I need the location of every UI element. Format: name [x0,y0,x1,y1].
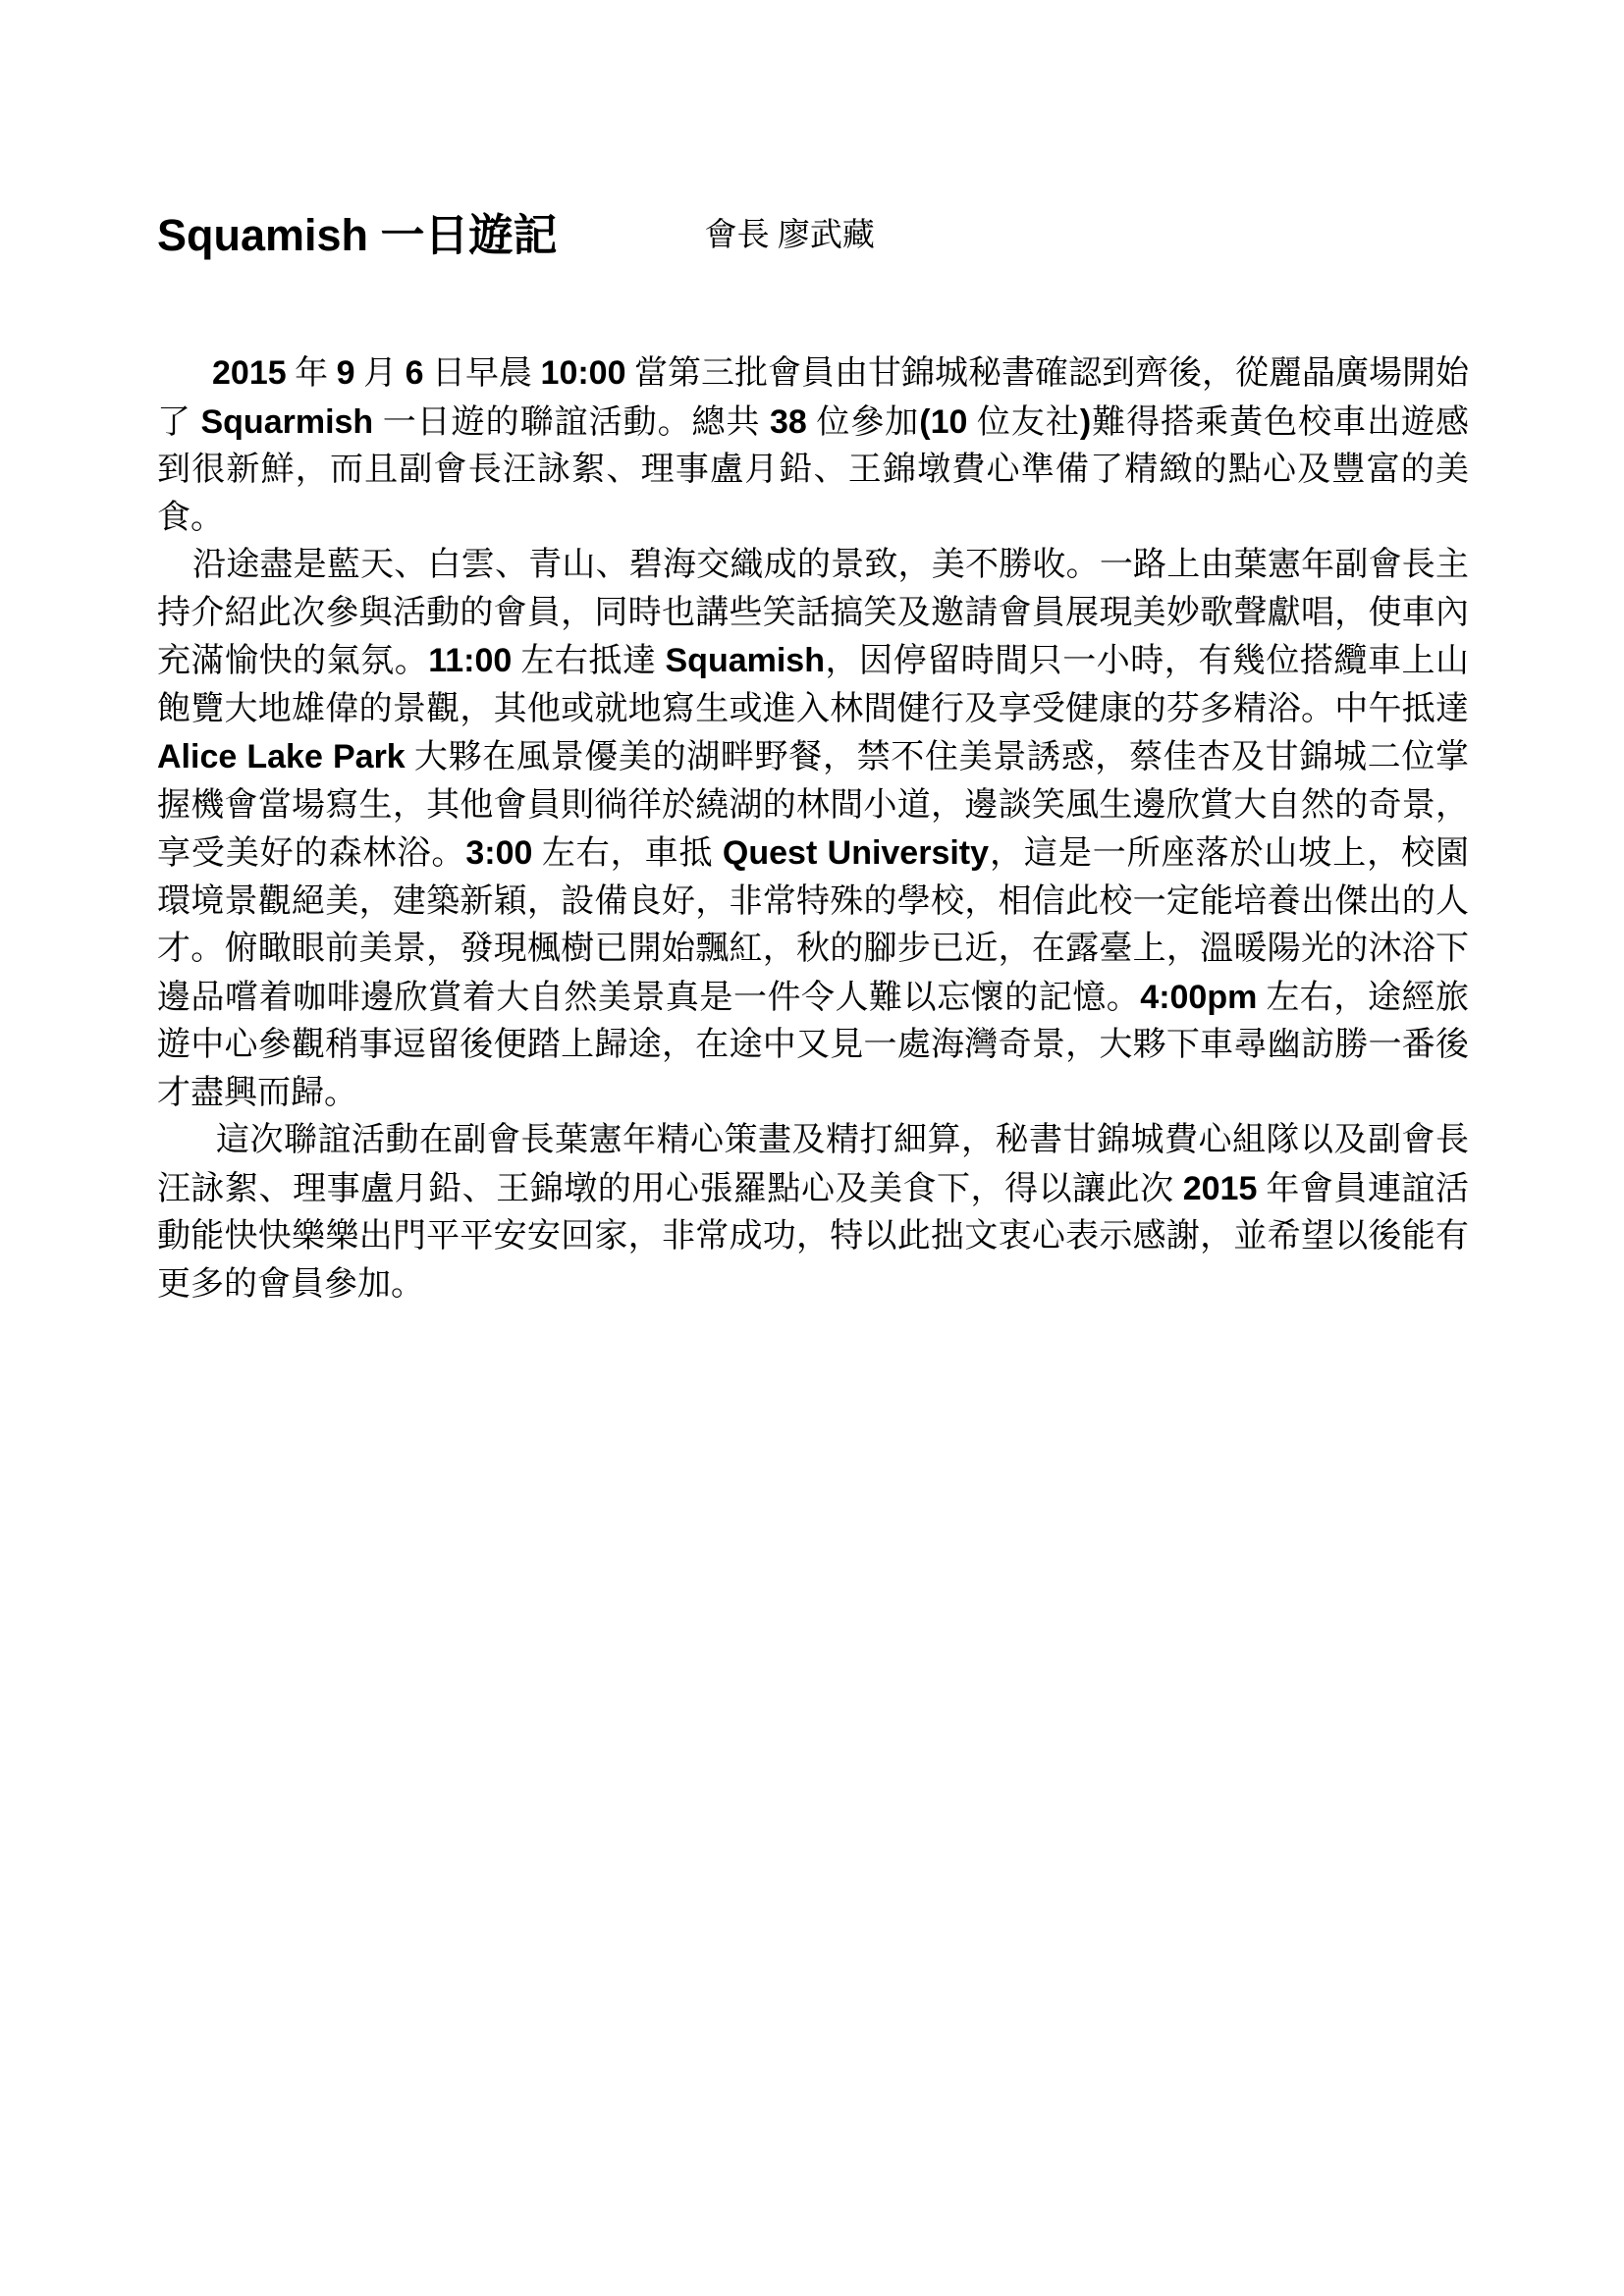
bold-run: 9 [337,354,355,392]
document-body: 2015 年 9 月 6 日早晨 10:00 當第三批會員由甘錦城秘書確認到齊後… [157,349,1469,1308]
bold-run: 10:00 [541,354,626,392]
bold-run: Quest University [723,834,989,872]
bold-run: 2015 [1183,1170,1258,1207]
page-title: Squamish 一日遊記 [157,208,558,263]
bold-run: Alice Lake Park [157,738,406,775]
bold-run: Squamish [666,642,825,679]
bold-run: 3:00 [465,834,532,872]
bold-run: 38 [770,403,807,441]
bold-run: ) [1080,403,1091,441]
text-run: 位友社 [967,404,1079,441]
document-content: Squamish 一日遊記 會長 廖武藏 2015 年 9 月 6 日早晨 10… [157,208,1469,1308]
text-run: 位參加 [807,404,919,441]
title-row: Squamish 一日遊記 會長 廖武藏 [157,208,1469,263]
paragraph-2: 沿途盡是藍天、白雲、青山、碧海交織成的景致，美不勝收。一路上由葉憲年副會長主持介… [157,542,1469,1117]
document-page: Squamish 一日遊記 會長 廖武藏 2015 年 9 月 6 日早晨 10… [0,0,1624,2296]
bold-run: 4:00pm [1140,979,1257,1016]
text-run: 日早晨 [424,355,541,392]
paragraph-3: 這次聯誼活動在副會長葉憲年精心策畫及精打細算，秘書甘錦城費心組隊以及副會長汪詠絮… [157,1117,1469,1308]
paragraph-1: 2015 年 9 月 6 日早晨 10:00 當第三批會員由甘錦城秘書確認到齊後… [157,349,1469,542]
bold-run: (10 [919,403,967,441]
text-run: 一日遊的聯誼活動。總共 [373,404,770,441]
bold-run: Squarmish [200,403,373,441]
text-run: 左右抵達 [512,643,665,679]
text-run: 左右，車抵 [532,835,723,872]
bold-run: 11:00 [428,642,512,679]
bold-run: 2015 [212,354,287,392]
text-run: 月 [355,355,406,392]
author-byline: 會長 廖武藏 [705,216,875,255]
bold-run: 6 [406,354,424,392]
text-run: 年 [287,355,337,392]
